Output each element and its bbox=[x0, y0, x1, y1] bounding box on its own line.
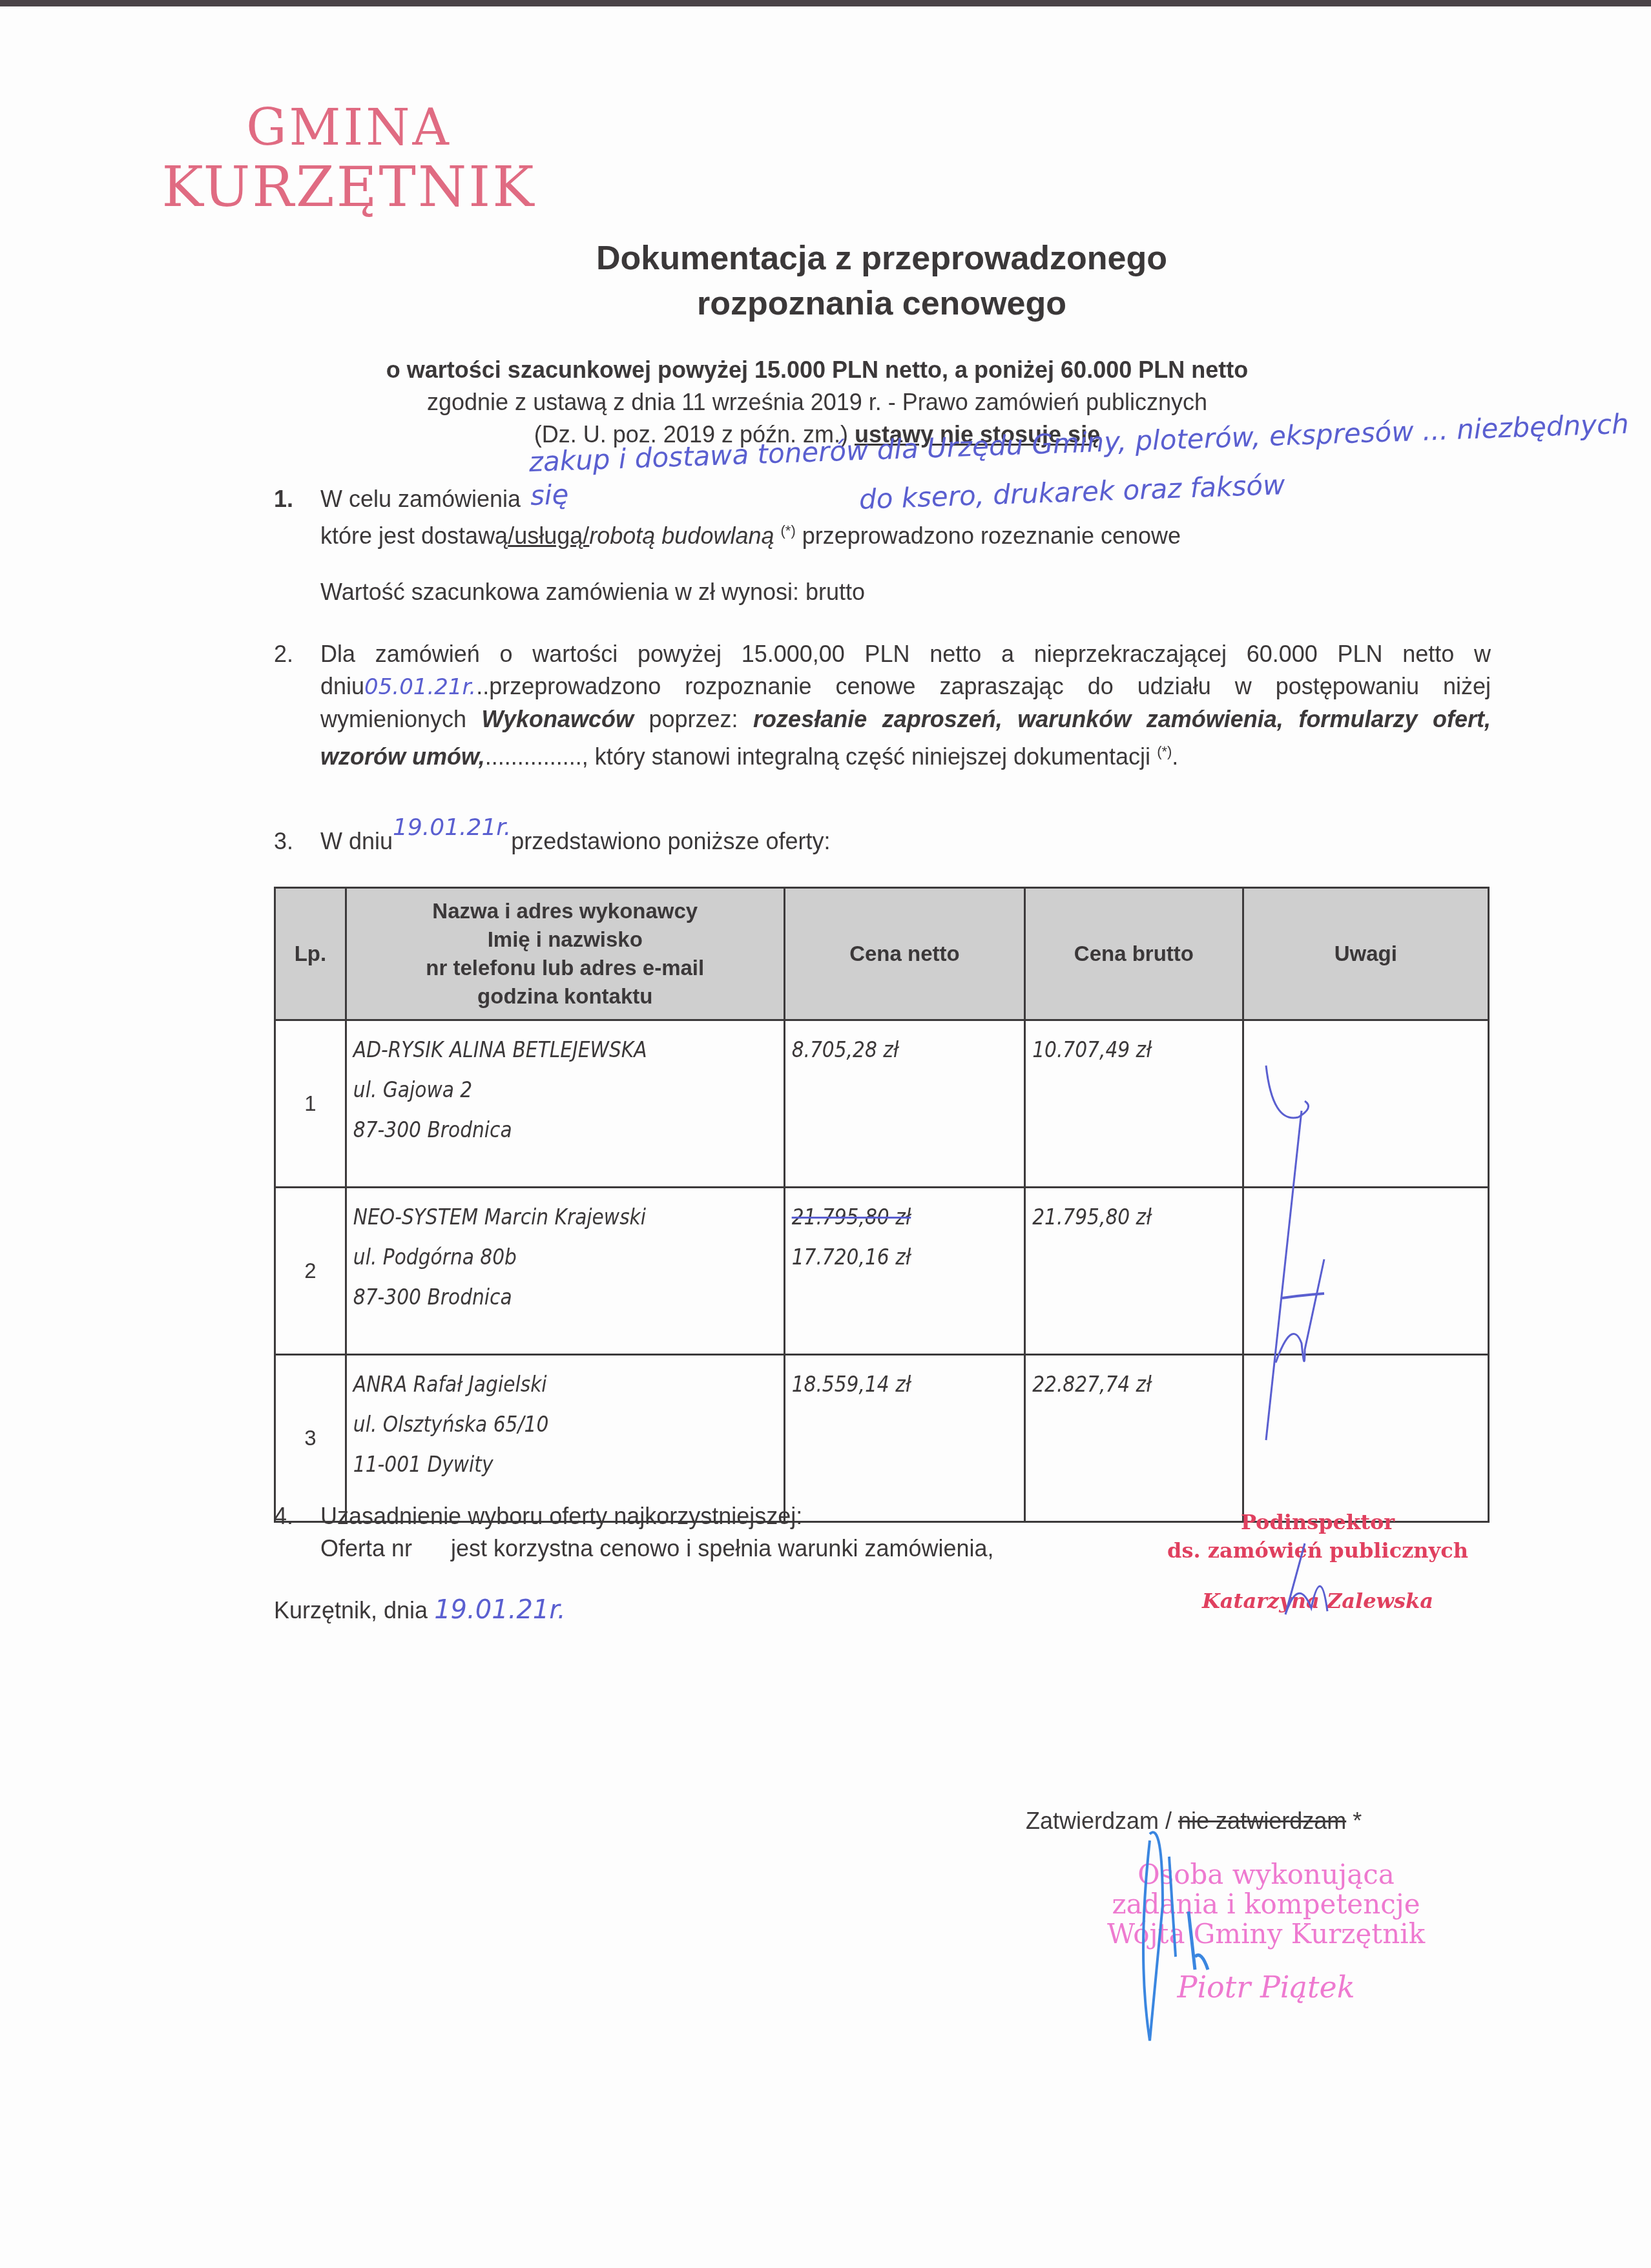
section-3-suffix: przedstawiono poniższe oferty: bbox=[511, 828, 830, 854]
header-contractor-line-4: godzina kontaktu bbox=[348, 982, 783, 1011]
approver-role-line-3: Wójta Gminy Kurzętnik bbox=[1059, 1919, 1473, 1949]
approval-asterisk: * bbox=[1353, 1808, 1362, 1834]
estimated-value-row: Wartość szacunkowa zamówienia w zł wynos… bbox=[320, 576, 865, 608]
section-1-order-type: które jest dostawą/usługą/robotą budowla… bbox=[320, 515, 1181, 552]
row-gross-price: 10.707,49 zł bbox=[1025, 1020, 1243, 1188]
estimated-value-label: Wartość szacunkowa zamówienia w zł wynos… bbox=[320, 579, 799, 605]
order-type-prefix: które jest dostawą bbox=[320, 522, 508, 549]
row-lp: 3 bbox=[275, 1355, 346, 1522]
section-number: 1. bbox=[274, 486, 293, 512]
row-contractor: ANRA Rafał Jagielski ul. Olsztyńska 65/1… bbox=[346, 1355, 784, 1522]
approver-signature bbox=[1124, 1828, 1266, 2047]
gross-price: 10.707,49 zł bbox=[1032, 1030, 1236, 1070]
contractor-name: NEO-SYSTEM Marcin Krajewski bbox=[353, 1197, 777, 1237]
approver-name: Piotr Piątek bbox=[1059, 1972, 1473, 2002]
row-lp: 1 bbox=[275, 1020, 346, 1188]
row-net-price: 8.705,28 zł bbox=[784, 1020, 1024, 1188]
contractor-name: ANRA Rafał Jagielski bbox=[353, 1365, 777, 1405]
header-net-price: Cena netto bbox=[784, 888, 1024, 1020]
order-type-construction: robotą budowlaną bbox=[589, 522, 774, 549]
place-date-label: Kurzętnik, dnia bbox=[274, 1597, 428, 1624]
net-price: 18.559,14 zł bbox=[792, 1365, 1017, 1405]
table-header-row: Lp. Nazwa i adres wykonawcy Imię i nazwi… bbox=[275, 888, 1489, 1020]
approver-role-line-2: zadania i kompetencje bbox=[1059, 1890, 1473, 1919]
row-lp: 2 bbox=[275, 1188, 346, 1355]
section-3-body: W dniu19.01.21r.przedstawiono poniższe o… bbox=[320, 825, 831, 858]
order-type-suffix: przeprowadzono rozeznanie cenowe bbox=[802, 522, 1181, 549]
contractor-name: AD-RYSIK ALINA BETLEJEWSKA bbox=[353, 1030, 777, 1070]
header-contractor-line-2: Imię i nazwisko bbox=[348, 925, 783, 954]
section-2-contractors: Wykonawców bbox=[482, 706, 634, 732]
estimated-value: brutto bbox=[805, 579, 865, 605]
section-2-tail: który stanowi integralną część niniejsze… bbox=[595, 743, 1150, 770]
section-3-number: 3. bbox=[274, 825, 293, 858]
contractor-street: ul. Gajowa 2 bbox=[353, 1070, 777, 1110]
title-line-2: rozpoznania cenowego bbox=[388, 281, 1376, 326]
net-price: 17.720,16 zł bbox=[792, 1237, 1017, 1277]
section-2-body: Dla zamówień o wartości powyżej 15.000,0… bbox=[320, 638, 1491, 773]
scan-top-edge bbox=[0, 0, 1651, 6]
offer-number-label: Oferta nr bbox=[320, 1535, 412, 1562]
net-price-struck: 21.795,80 zł bbox=[792, 1197, 1017, 1237]
net-price: 8.705,28 zł bbox=[792, 1030, 1017, 1070]
header-contractor-line-3: nr telefonu lub adres e-mail bbox=[348, 954, 783, 982]
stamp-line-2: KURZĘTNIK bbox=[155, 156, 543, 218]
handwritten-signing-date: 19.01.21r. bbox=[434, 1595, 566, 1625]
subtitle-legal-basis: zgodnie z ustawą z dnia 11 września 2019… bbox=[194, 386, 1440, 418]
section-4-label: Uzasadnienie wyboru oferty najkorzystnie… bbox=[320, 1500, 802, 1532]
section-4-number: 4. bbox=[274, 1500, 293, 1532]
contractor-street: ul. Podgórna 80b bbox=[353, 1237, 777, 1277]
gross-price: 21.795,80 zł bbox=[1032, 1197, 1236, 1237]
document-title: Dokumentacja z przeprowadzonego rozpozna… bbox=[388, 236, 1376, 326]
row-net-price: 21.795,80 zł 17.720,16 zł bbox=[784, 1188, 1024, 1355]
title-line-1: Dokumentacja z przeprowadzonego bbox=[388, 236, 1376, 281]
approver-stamp: Osoba wykonująca zadania i kompetencje W… bbox=[1059, 1860, 1473, 2002]
section-2-via: poprzez: bbox=[649, 706, 738, 732]
handwritten-offers-date: 19.01.21r. bbox=[393, 814, 511, 841]
header-gross-price: Cena brutto bbox=[1025, 888, 1243, 1020]
section-2-number: 2. bbox=[274, 638, 293, 670]
section-2-date-label: dniu bbox=[320, 673, 364, 699]
section-2-line-2: ..przeprowadzono rozpoznanie cenowe zapr… bbox=[476, 673, 1491, 699]
row-contractor: AD-RYSIK ALINA BETLEJEWSKA ul. Gajowa 2 … bbox=[346, 1020, 784, 1188]
contractor-street: ul. Olsztyńska 65/10 bbox=[353, 1405, 777, 1445]
inspector-title: Podinspektor bbox=[1150, 1508, 1486, 1536]
place-date: Kurzętnik, dnia 19.01.21r. bbox=[274, 1594, 566, 1627]
header-contractor: Nazwa i adres wykonawcy Imię i nazwisko … bbox=[346, 888, 784, 1020]
municipality-stamp: GMINA KURZĘTNIK bbox=[155, 100, 543, 219]
header-contractor-line-1: Nazwa i adres wykonawcy bbox=[348, 897, 783, 925]
contractor-city: 87-300 Brodnica bbox=[353, 1110, 777, 1150]
gross-price: 22.827,74 zł bbox=[1032, 1365, 1236, 1405]
section-2-dots: ..............., bbox=[485, 743, 588, 770]
section-2-end: . bbox=[1172, 743, 1178, 770]
row-gross-price: 22.827,74 zł bbox=[1025, 1355, 1243, 1522]
remarks-crossout-mark bbox=[1253, 1040, 1382, 1453]
header-lp: Lp. bbox=[275, 888, 346, 1020]
section-2-line-1: Dla zamówień o wartości powyżej 15.000,0… bbox=[320, 641, 1491, 667]
row-contractor: NEO-SYSTEM Marcin Krajewski ul. Podgórna… bbox=[346, 1188, 784, 1355]
row-net-price: 18.559,14 zł bbox=[784, 1355, 1024, 1522]
section-1-number: 1. bbox=[274, 483, 293, 515]
stamp-line-1: GMINA bbox=[155, 100, 543, 156]
section-3-prefix: W dniu bbox=[320, 828, 393, 854]
footnote-marker: (*) bbox=[781, 522, 796, 539]
section-4-offer: Oferta nr jest korzystna cenowo i spełni… bbox=[320, 1532, 994, 1565]
contractor-city: 11-001 Dywity bbox=[353, 1445, 777, 1485]
offer-justification: jest korzystna cenowo i spełnia warunki … bbox=[451, 1535, 993, 1562]
inspector-signature bbox=[1266, 1537, 1356, 1621]
contractor-city: 87-300 Brodnica bbox=[353, 1277, 777, 1317]
row-gross-price: 21.795,80 zł bbox=[1025, 1188, 1243, 1355]
section-2-listed: wymienionych bbox=[320, 706, 466, 732]
handwritten-invitation-date: 05.01.21r. bbox=[364, 674, 476, 700]
section-1-label: W celu zamówienia bbox=[320, 483, 521, 515]
footnote-marker: (*) bbox=[1157, 743, 1172, 759]
header-remarks: Uwagi bbox=[1243, 888, 1488, 1020]
subtitle-threshold: o wartości szacunkowej powyżej 15.000 PL… bbox=[194, 354, 1440, 386]
order-type-service-underlined: /usługą/ bbox=[508, 522, 589, 549]
approver-role-line-1: Osoba wykonująca bbox=[1059, 1860, 1473, 1890]
